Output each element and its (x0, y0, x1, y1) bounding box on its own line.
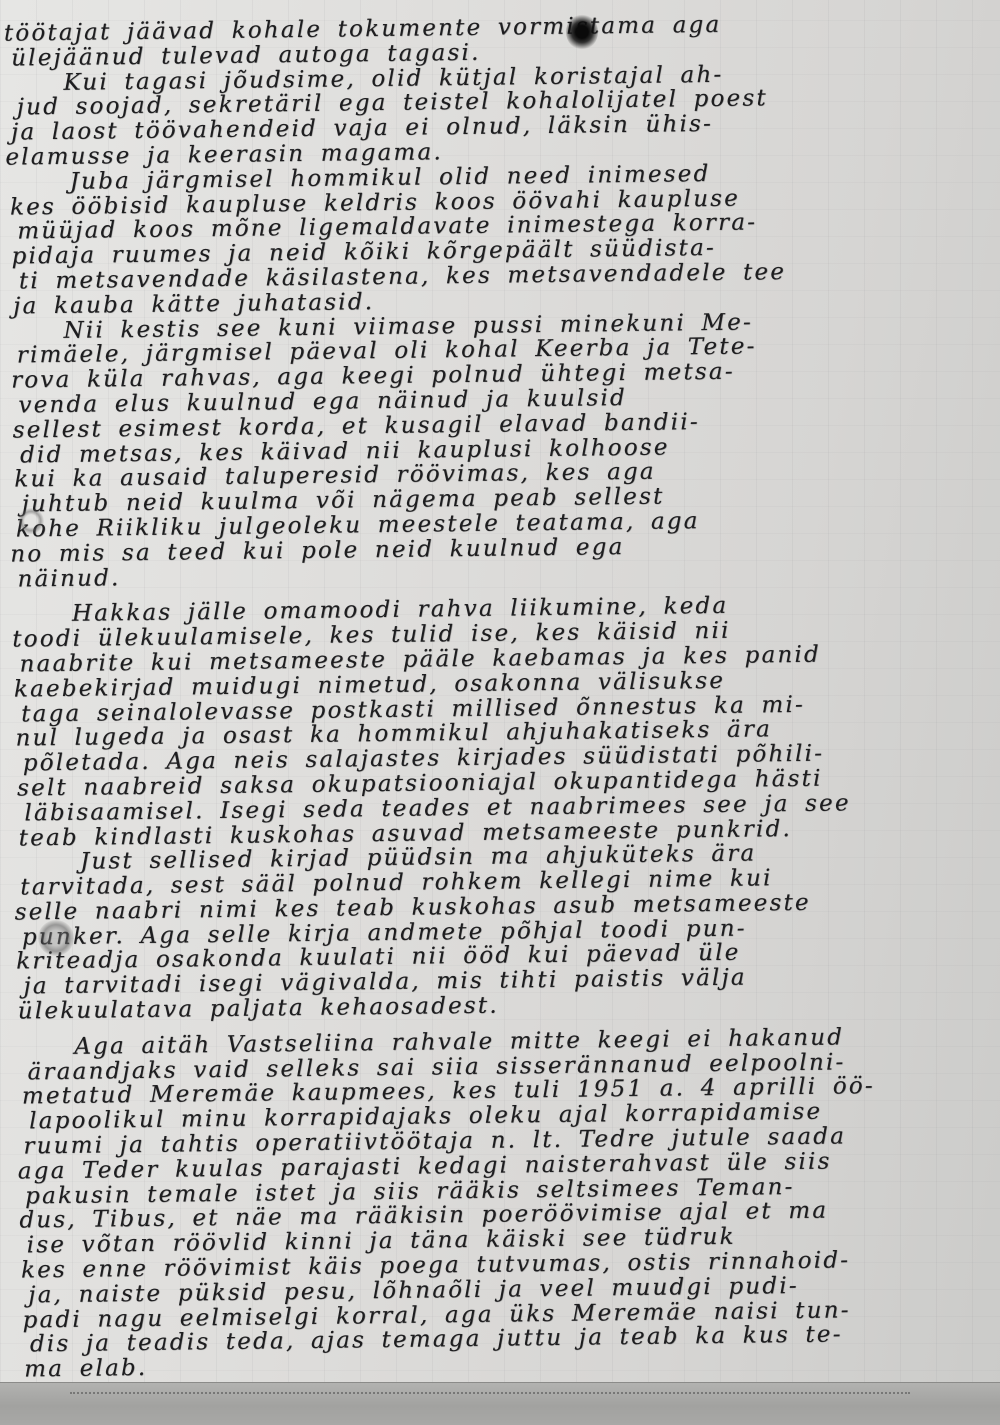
paragraph: Nii kestis see kuni viimase pussi mineku… (11, 308, 914, 592)
paragraph: Aga aitäh Vastseliina rahvale mitte keeg… (20, 1024, 924, 1382)
ink-blot (566, 14, 598, 50)
paragraph: Kui tagasi jõudsime, olid kütjal korista… (8, 60, 909, 170)
paragraph: Just sellised kirjad püüdsin ma ahjuküte… (18, 840, 920, 1025)
handwritten-text-block: töötajat jäävad kohale tokumente vormist… (8, 11, 925, 1383)
scan-edge-speckles (70, 1392, 910, 1394)
punch-hole-mark-bottom (38, 920, 74, 956)
scanned-page: töötajat jäävad kohale tokumente vormist… (0, 0, 1000, 1425)
punch-hole-mark-top (18, 508, 44, 534)
scan-edge-band (0, 1382, 1000, 1425)
paragraph: Hakkas jälle omamoodi rahva liikumine, k… (15, 592, 918, 851)
paragraph: Juba järgmisel hommikul olid need inimes… (10, 159, 912, 319)
